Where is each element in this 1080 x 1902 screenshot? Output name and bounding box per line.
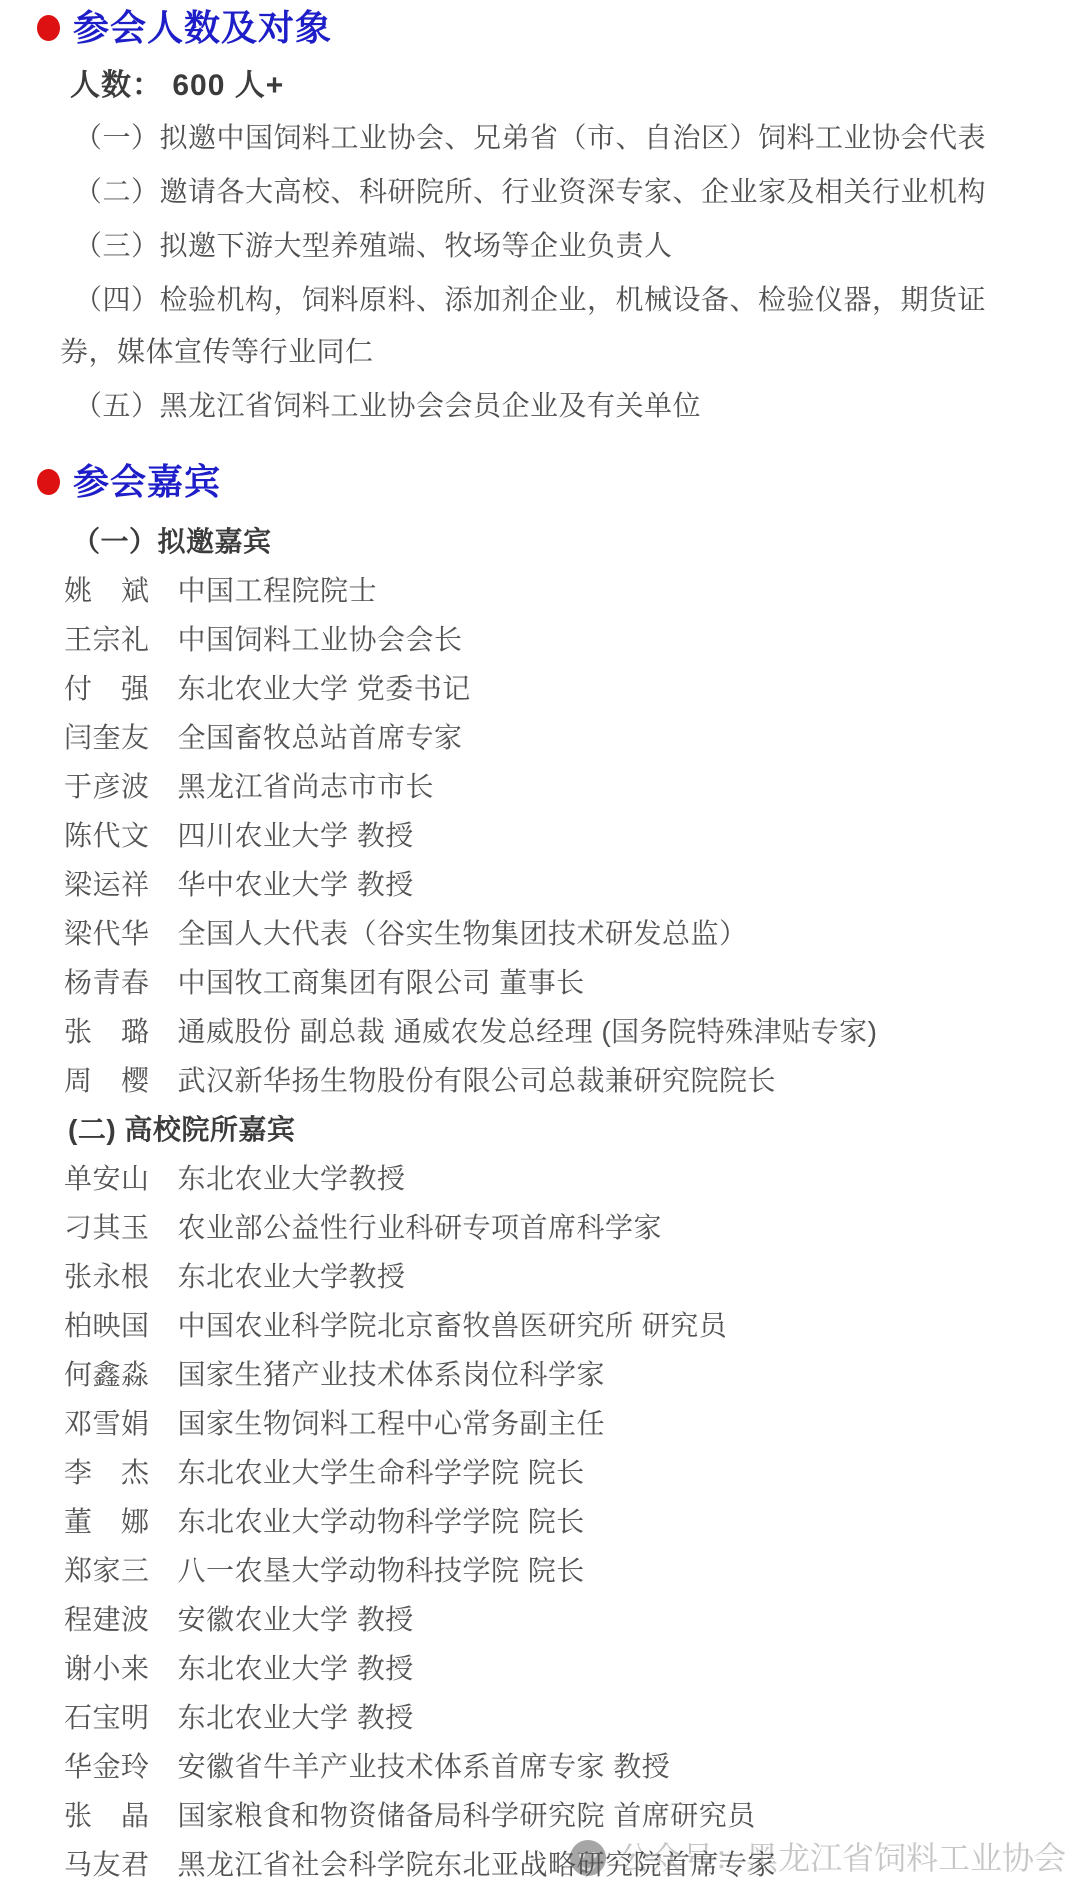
guest-row: 梁运祥华中农业大学 教授 [64, 860, 1030, 909]
guest-row: 姚 斌中国工程院院士 [64, 566, 1030, 615]
guest-title: 全国畜牧总站首席专家 [178, 722, 463, 753]
section-guests-title: 参会嘉宾 [73, 460, 221, 504]
guest-title: 四川农业大学 教授 [178, 820, 414, 851]
guest-title: 农业部公益性行业科研专项首席科学家 [178, 1212, 663, 1243]
guest-name: 邓雪娟 [64, 1408, 150, 1439]
article-content: 参会人数及对象 人数： 600 人+ （一）拟邀中国饲料工业协会、兄弟省（市、自… [0, 0, 1080, 1889]
article-page: 公众号：黑龙江省饲料工业协会 参会人数及对象 人数： 600 人+ （一）拟邀中… [0, 0, 1080, 1902]
attendee-target-list: （一）拟邀中国饲料工业协会、兄弟省（市、自治区）饲料工业协会代表 （二）邀请各大… [60, 112, 1030, 432]
guest-name: 陈代文 [64, 820, 150, 851]
guest-name: 杨青春 [64, 967, 150, 998]
attendee-count: 人数： 600 人+ [70, 60, 1030, 112]
guest-group-header: （一）拟邀嘉宾 [72, 517, 1030, 566]
guest-title: 通威股份 副总裁 通威农发总经理 (国务院特殊津贴专家) [178, 1016, 878, 1047]
guest-name: 柏映国 [64, 1310, 150, 1341]
guest-group-header: (二) 高校院所嘉宾 [68, 1105, 1030, 1154]
guest-row: 李 杰东北农业大学生命科学学院 院长 [64, 1448, 1030, 1497]
guest-row: 石宝明东北农业大学 教授 [64, 1693, 1030, 1742]
guest-row: 华金玲安徽省牛羊产业技术体系首席专家 教授 [64, 1742, 1030, 1791]
guest-name: 李 杰 [64, 1457, 150, 1488]
section-attendees: 参会人数及对象 人数： 600 人+ （一）拟邀中国饲料工业协会、兄弟省（市、自… [60, 6, 1030, 432]
attendee-target-item: （四）检验机构，饲料原料、添加剂企业，机械设备、检验仪器，期货证券，媒体宣传等行… [60, 274, 1030, 378]
guest-row: 程建波安徽农业大学 教授 [64, 1595, 1030, 1644]
red-bullet-icon [37, 469, 60, 495]
guest-row: 单安山东北农业大学教授 [64, 1154, 1030, 1203]
guest-title: 中国工程院院士 [178, 575, 378, 606]
guest-title: 武汉新华扬生物股份有限公司总裁兼研究院院长 [178, 1065, 777, 1096]
guest-name: 张 晶 [64, 1800, 150, 1831]
guest-title: 东北农业大学教授 [178, 1163, 406, 1194]
guest-name: 马友君 [64, 1849, 150, 1880]
guest-row: 张 晶国家粮食和物资储备局科学研究院 首席研究员 [64, 1791, 1030, 1840]
attendee-target-item: （二）邀请各大高校、科研院所、行业资深专家、企业家及相关行业机构 [60, 166, 1030, 218]
guest-row: 闫奎友全国畜牧总站首席专家 [64, 713, 1030, 762]
guest-name: 姚 斌 [64, 575, 150, 606]
guest-list: 姚 斌中国工程院院士 王宗礼中国饲料工业协会会长 付 强东北农业大学 党委书记 … [60, 566, 1030, 1105]
guest-row: 谢小来东北农业大学 教授 [64, 1644, 1030, 1693]
guest-row: 马友君黑龙江省社会科学院东北亚战略研究院首席专家 [64, 1840, 1030, 1889]
guest-name: 周 樱 [64, 1065, 150, 1096]
guest-title: 八一农垦大学动物科技学院 院长 [178, 1555, 585, 1586]
guest-name: 单安山 [64, 1163, 150, 1194]
guest-name: 石宝明 [64, 1702, 150, 1733]
guest-row: 周 樱武汉新华扬生物股份有限公司总裁兼研究院院长 [64, 1056, 1030, 1105]
guest-title: 华中农业大学 教授 [178, 869, 414, 900]
guest-title: 东北农业大学 党委书记 [178, 673, 471, 704]
guest-title: 安徽农业大学 教授 [178, 1604, 414, 1635]
guest-title: 中国牧工商集团有限公司 董事长 [178, 967, 585, 998]
red-bullet-icon [37, 15, 60, 41]
guest-title: 东北农业大学 教授 [178, 1653, 414, 1684]
section-guests: 参会嘉宾 （一）拟邀嘉宾 姚 斌中国工程院院士 王宗礼中国饲料工业协会会长 付 … [60, 460, 1030, 1889]
guest-title: 全国人大代表（谷实生物集团技术研发总监） [178, 918, 748, 949]
guest-row: 邓雪娟国家生物饲料工程中心常务副主任 [64, 1399, 1030, 1448]
guest-name: 付 强 [64, 673, 150, 704]
guest-row: 柏映国中国农业科学院北京畜牧兽医研究所 研究员 [64, 1301, 1030, 1350]
attendee-target-item: （三）拟邀下游大型养殖端、牧场等企业负责人 [60, 220, 1030, 272]
guest-name: 郑家三 [64, 1555, 150, 1586]
guest-title: 黑龙江省社会科学院东北亚战略研究院首席专家 [178, 1849, 777, 1880]
guest-title: 东北农业大学生命科学学院 院长 [178, 1457, 585, 1488]
guest-name: 张 璐 [64, 1016, 150, 1047]
guest-title: 东北农业大学 教授 [178, 1702, 414, 1733]
guest-row: 梁代华全国人大代表（谷实生物集团技术研发总监） [64, 909, 1030, 958]
guest-row: 付 强东北农业大学 党委书记 [64, 664, 1030, 713]
guest-row: 王宗礼中国饲料工业协会会长 [64, 615, 1030, 664]
guest-list: 单安山东北农业大学教授 刁其玉农业部公益性行业科研专项首席科学家 张永根东北农业… [60, 1154, 1030, 1889]
guest-name: 程建波 [64, 1604, 150, 1635]
attendee-target-item: （五）黑龙江省饲料工业协会会员企业及有关单位 [60, 380, 1030, 432]
guest-title: 东北农业大学教授 [178, 1261, 406, 1292]
guest-title: 黑龙江省尚志市市长 [178, 771, 435, 802]
guest-title: 国家生猪产业技术体系岗位科学家 [178, 1359, 606, 1390]
guest-name: 董 娜 [64, 1506, 150, 1537]
guest-title: 安徽省牛羊产业技术体系首席专家 教授 [178, 1751, 671, 1782]
guest-name: 闫奎友 [64, 722, 150, 753]
guest-title: 东北农业大学动物科学学院 院长 [178, 1506, 585, 1537]
guest-name: 张永根 [64, 1261, 150, 1292]
guest-row: 张永根东北农业大学教授 [64, 1252, 1030, 1301]
guest-name: 于彦波 [64, 771, 150, 802]
guest-name: 梁代华 [64, 918, 150, 949]
guest-row: 陈代文四川农业大学 教授 [64, 811, 1030, 860]
guest-row: 张 璐通威股份 副总裁 通威农发总经理 (国务院特殊津贴专家) [64, 1007, 1030, 1056]
section-attendees-title: 参会人数及对象 [73, 6, 332, 50]
guest-name: 谢小来 [64, 1653, 150, 1684]
guest-title: 中国农业科学院北京畜牧兽医研究所 研究员 [178, 1310, 728, 1341]
guest-name: 王宗礼 [64, 624, 150, 655]
guest-group-invited: （一）拟邀嘉宾 姚 斌中国工程院院士 王宗礼中国饲料工业协会会长 付 强东北农业… [60, 517, 1030, 1105]
guest-name: 何鑫淼 [64, 1359, 150, 1390]
guest-row: 何鑫淼国家生猪产业技术体系岗位科学家 [64, 1350, 1030, 1399]
attendee-target-item: （一）拟邀中国饲料工业协会、兄弟省（市、自治区）饲料工业协会代表 [60, 112, 1030, 164]
guest-block: （一）拟邀嘉宾 姚 斌中国工程院院士 王宗礼中国饲料工业协会会长 付 强东北农业… [60, 517, 1030, 1889]
guest-name: 刁其玉 [64, 1212, 150, 1243]
guest-row: 杨青春中国牧工商集团有限公司 董事长 [64, 958, 1030, 1007]
section-guests-heading: 参会嘉宾 [37, 460, 1030, 504]
section-attendees-heading: 参会人数及对象 [37, 6, 1030, 50]
guest-name: 梁运祥 [64, 869, 150, 900]
guest-title: 国家生物饲料工程中心常务副主任 [178, 1408, 606, 1439]
guest-row: 郑家三八一农垦大学动物科技学院 院长 [64, 1546, 1030, 1595]
guest-row: 刁其玉农业部公益性行业科研专项首席科学家 [64, 1203, 1030, 1252]
guest-title: 中国饲料工业协会会长 [178, 624, 463, 655]
guest-row: 董 娜东北农业大学动物科学学院 院长 [64, 1497, 1030, 1546]
guest-title: 国家粮食和物资储备局科学研究院 首席研究员 [178, 1800, 756, 1831]
guest-name: 华金玲 [64, 1751, 150, 1782]
guest-group-universities: (二) 高校院所嘉宾 单安山东北农业大学教授 刁其玉农业部公益性行业科研专项首席… [60, 1105, 1030, 1889]
guest-row: 于彦波黑龙江省尚志市市长 [64, 762, 1030, 811]
